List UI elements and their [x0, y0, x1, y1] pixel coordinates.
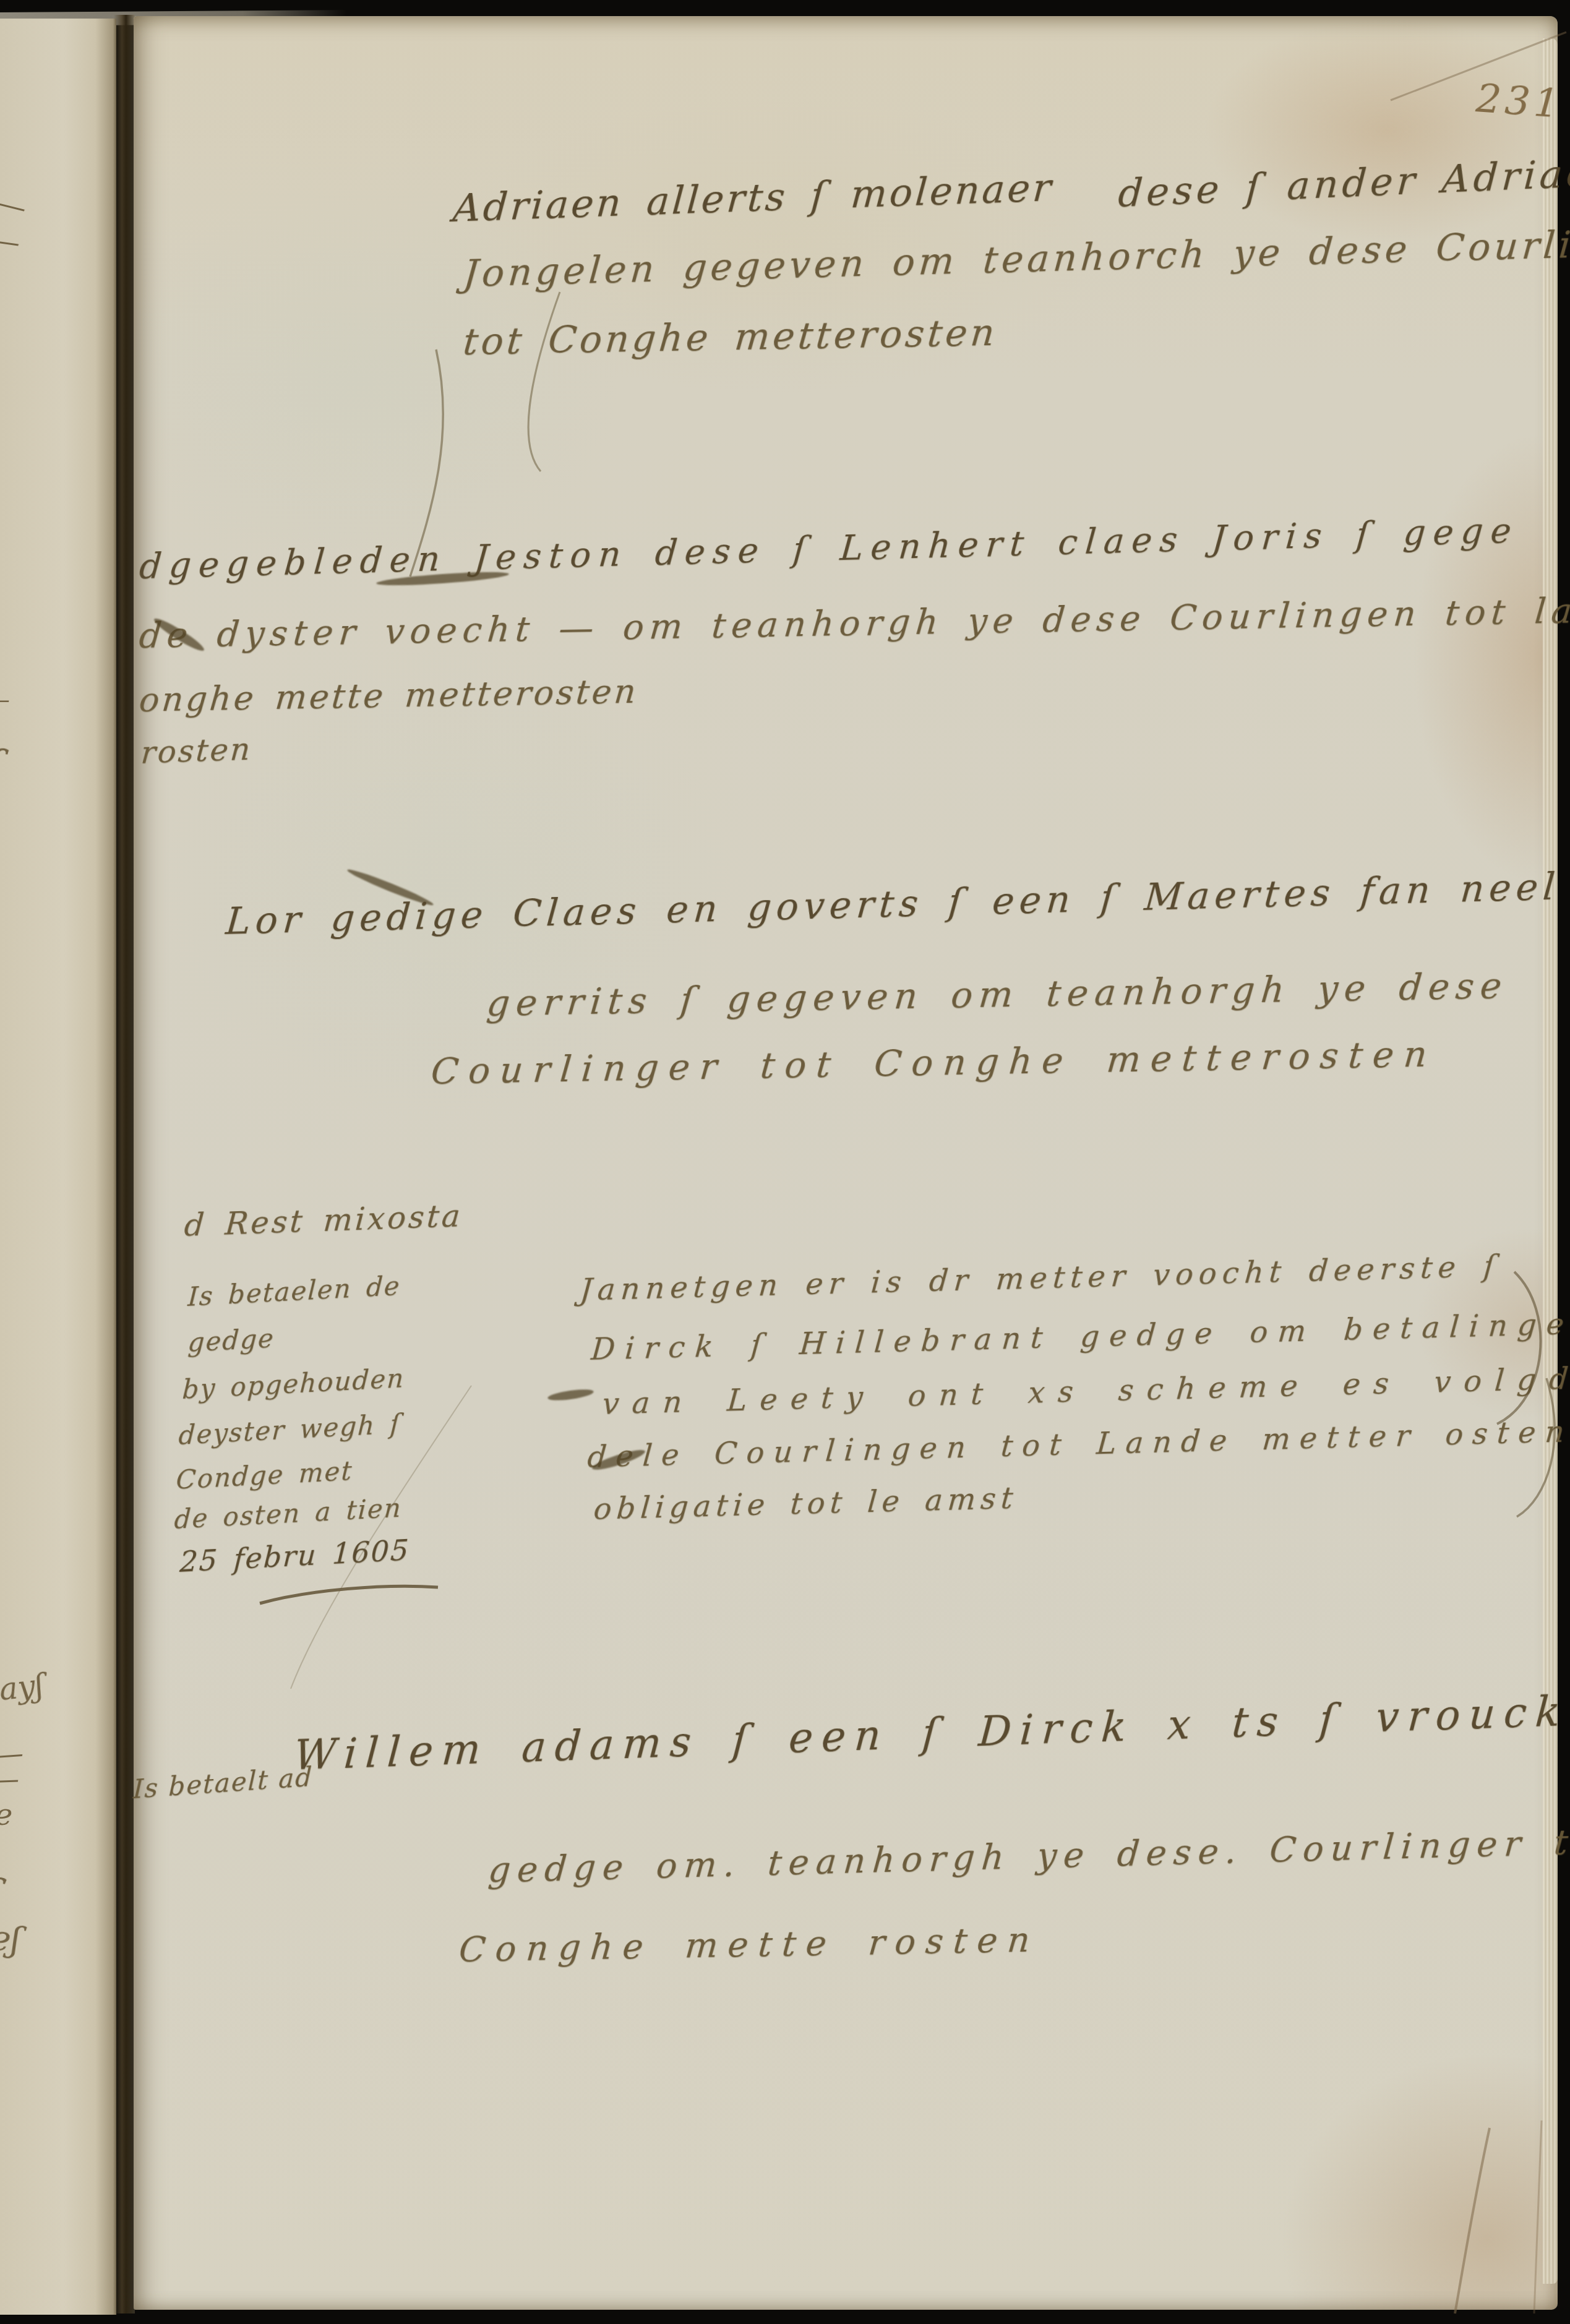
edge-fragment: —	[0, 1763, 20, 1796]
edge-fragment: —	[0, 186, 30, 225]
edge-fragment: ʃ	[0, 740, 4, 788]
edge-fragment: e	[0, 1798, 12, 1832]
edge-fragment: –	[0, 685, 10, 714]
entry-2-line-4: rosten	[140, 731, 254, 771]
entry-4-margin-note: gedge	[187, 1323, 275, 1358]
edge-fragment: eʃ	[0, 1918, 22, 1961]
manuscript-page	[134, 16, 1558, 2310]
page-edge-stack	[1543, 38, 1558, 2284]
manuscript-photo: — — – ʃ llayʃ — — e ʃ eʃ 231 Adriaen all…	[0, 0, 1570, 2324]
binding-gutter	[114, 15, 135, 2313]
edge-fragment: llayʃ	[0, 1667, 45, 1710]
folio-number: 231	[1475, 76, 1564, 128]
edge-fragment: ʃ	[0, 1868, 2, 1920]
facing-page-edge: — — – ʃ llayʃ — — e ʃ eʃ	[0, 19, 116, 2315]
edge-fragment: —	[0, 224, 22, 259]
